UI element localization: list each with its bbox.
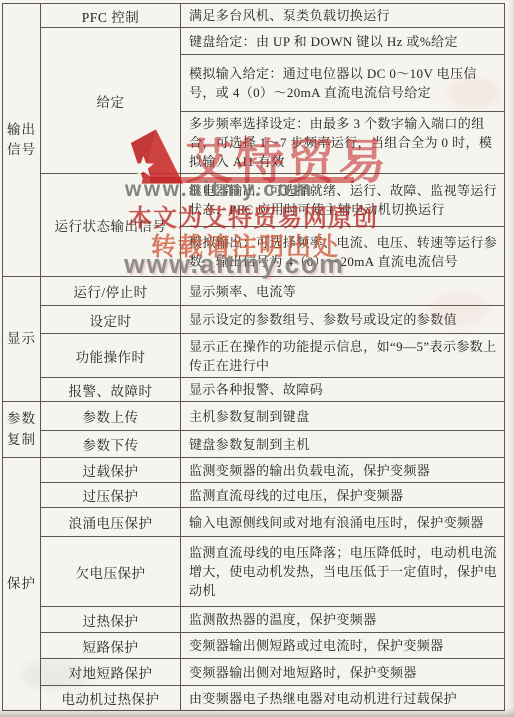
feature-cell: 给定: [41, 28, 181, 174]
feature-cell: 短路保护: [41, 633, 181, 659]
description-cell: 监测直流母线的过电压，保护变频器: [181, 483, 505, 508]
table-row: 参数下传 键盘参数复制到主机: [3, 431, 505, 458]
category-cell: 输出 信号: [3, 4, 41, 277]
description-cell: 模拟输出：可选择频率、电流、电压、转速等运行参数，输出信号为 4（0）～20mA…: [181, 227, 505, 277]
description-cell: 主机参数复制到键盘: [181, 402, 505, 431]
category-cell: 显示: [3, 277, 41, 402]
table-row: 参数 复制 参数上传 主机参数复制到键盘: [3, 402, 505, 431]
table-row: 报警、故障时 显示各种报警、故障码: [3, 378, 505, 402]
table-row: 浪涌电压保护 输入电源侧线间或对地有浪涌电压时，保护变频器: [3, 508, 505, 537]
table-row: 给定 键盘给定：由 UP 和 DOWN 键以 Hz 或%给定: [3, 28, 505, 55]
spec-table: 输出 信号 PFC 控制 满足多台风机、泵类负载切换运行 给定 键盘给定：由 U…: [2, 3, 505, 711]
feature-cell: 浪涌电压保护: [41, 508, 181, 537]
description-cell: 变频器输出侧对地短路时，保护变频器: [181, 659, 505, 686]
description-cell: 多步频率选择设定：由最多 3 个数字输入端口的组合，可选择 1～7 步频率运行，…: [181, 112, 505, 174]
description-cell: 由变频器电子热继电器对电动机进行过载保护: [181, 686, 505, 711]
feature-cell: PFC 控制: [41, 4, 181, 28]
feature-cell: 参数下传: [41, 431, 181, 458]
page-bottom-shadow: [0, 708, 514, 717]
feature-cell: 参数上传: [41, 402, 181, 431]
paper-smudge: [20, 660, 90, 690]
feature-cell: 过载保护: [41, 458, 181, 483]
table-row: 保护 过载保护 监测变频器的输出负载电流，保护变频器: [3, 458, 505, 483]
category-cell: 参数 复制: [3, 402, 41, 458]
description-cell: 继电器输出：可选择就绪、运行、故障、监视等运行状态，PFC 应用时可使主辅电动机…: [181, 174, 505, 227]
feature-cell: 报警、故障时: [41, 378, 181, 402]
description-cell: 输入电源侧线间或对地有浪涌电压时，保护变频器: [181, 508, 505, 537]
paper-smudge: [430, 292, 490, 326]
description-cell: 显示正在操作的功能提示信息，如“9—5”表示参数上传正在进行中: [181, 334, 505, 378]
table-row: 显示 运行/停止时 显示频率、电流等: [3, 277, 505, 306]
page-edge-shading: [507, 0, 514, 717]
description-cell: 键盘给定：由 UP 和 DOWN 键以 Hz 或%给定: [181, 28, 505, 55]
scanned-manual-page: 输出 信号 PFC 控制 满足多台风机、泵类负载切换运行 给定 键盘给定：由 U…: [0, 0, 514, 717]
paper-smudge: [448, 78, 500, 108]
feature-cell: 运行/停止时: [41, 277, 181, 306]
table-row: 短路保护 变频器输出侧短路或过电流时，保护变频器: [3, 633, 505, 659]
table-row: 运行状态输出信号 继电器输出：可选择就绪、运行、故障、监视等运行状态，PFC 应…: [3, 174, 505, 227]
feature-cell: 运行状态输出信号: [41, 174, 181, 277]
table-row: 过压保护 监测直流母线的过电压，保护变频器: [3, 483, 505, 508]
table-row: 过热保护 监测散热器的温度，保护变频器: [3, 607, 505, 633]
feature-cell: 功能操作时: [41, 334, 181, 378]
description-cell: 监测直流母线的电压降落；电压降低时，电动机电流增大，使电动机发热，当电压低于一定…: [181, 537, 505, 607]
table-row: 欠电压保护 监测直流母线的电压降落；电压降低时，电动机电流增大，使电动机发热，当…: [3, 537, 505, 607]
description-cell: 监测散热器的温度，保护变频器: [181, 607, 505, 633]
description-cell: 键盘参数复制到主机: [181, 431, 505, 458]
feature-cell: 设定时: [41, 306, 181, 334]
description-cell: 监测变频器的输出负载电流，保护变频器: [181, 458, 505, 483]
table-row: 电动机过热保护 由变频器电子热继电器对电动机进行过载保护: [3, 686, 505, 711]
feature-cell: 过热保护: [41, 607, 181, 633]
table-row: 输出 信号 PFC 控制 满足多台风机、泵类负载切换运行: [3, 4, 505, 28]
feature-cell: 过压保护: [41, 483, 181, 508]
description-cell: 满足多台风机、泵类负载切换运行: [181, 4, 505, 28]
feature-cell: 欠电压保护: [41, 537, 181, 607]
description-cell: 显示各种报警、故障码: [181, 378, 505, 402]
table-row: 功能操作时 显示正在操作的功能提示信息，如“9—5”表示参数上传正在进行中: [3, 334, 505, 378]
description-cell: 变频器输出侧短路或过电流时，保护变频器: [181, 633, 505, 659]
